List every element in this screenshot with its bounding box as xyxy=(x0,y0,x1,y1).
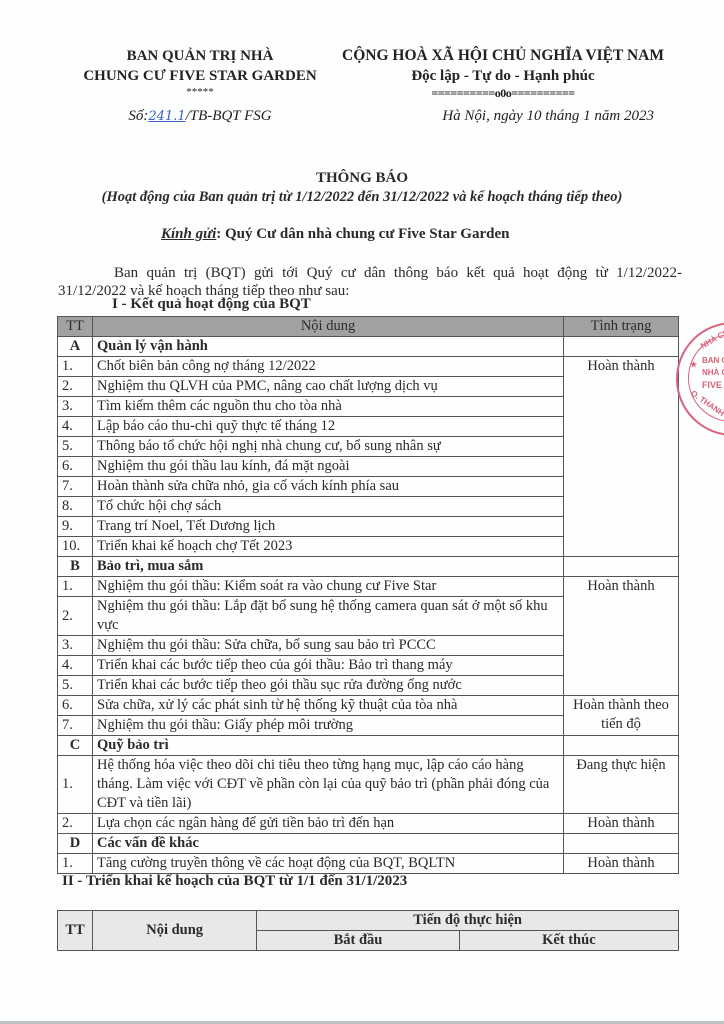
item-number: 10. xyxy=(58,537,93,557)
item-content: Tăng cường truyền thông về các hoạt động… xyxy=(93,854,564,874)
item-content: Nghiệm thu gói thầu lau kính, đá mặt ngo… xyxy=(93,457,564,477)
item-content: Tìm kiếm thêm các nguồn thu cho tòa nhà xyxy=(93,397,564,417)
document-title: THÔNG BÁO xyxy=(0,170,724,187)
item-number: 7. xyxy=(58,477,93,497)
item-number: 2. xyxy=(58,597,93,636)
item-content: Triển khai kế hoạch chợ Tết 2023 xyxy=(93,537,564,557)
category-row: DCác vấn đề khác xyxy=(58,834,679,854)
item-content: Triển khai các bước tiếp theo gói thầu s… xyxy=(93,676,564,696)
stars-divider: ***** xyxy=(60,86,340,98)
category-name: Các vấn đề khác xyxy=(93,834,564,854)
status-cell: Hoàn thành xyxy=(564,854,679,874)
status-cell: Đang thực hiện xyxy=(564,756,679,814)
category-status xyxy=(564,557,679,577)
item-number: 1. xyxy=(58,756,93,814)
place-date: Hà Nội, ngày 10 tháng 1 năm 2023 xyxy=(328,106,678,126)
section2-heading: II - Triển khai kế hoạch của BQT từ 1/1 … xyxy=(62,873,407,890)
item-content: Sửa chữa, xử lý các phát sinh từ hệ thốn… xyxy=(93,696,564,716)
item-number: 4. xyxy=(58,417,93,437)
header-end: Kết thúc xyxy=(459,931,678,951)
category-row: CQuỹ bảo trì xyxy=(58,736,679,756)
item-content: Lập báo cáo thu-chi quỹ thực tế tháng 12 xyxy=(93,417,564,437)
item-content: Nghiệm thu QLVH của PMC, nâng cao chất l… xyxy=(93,377,564,397)
category-code: C xyxy=(58,736,93,756)
document-subtitle: (Hoạt động của Ban quản trị từ 1/12/2022… xyxy=(0,189,724,206)
handwritten-number: 241.1 xyxy=(148,109,185,124)
item-number: 5. xyxy=(58,437,93,457)
item-number: 8. xyxy=(58,497,93,517)
table-row: 1.Nghiệm thu gói thầu: Kiểm soát ra vào … xyxy=(58,577,679,597)
item-number: 9. xyxy=(58,517,93,537)
header-progress: Tiến độ thực hiện xyxy=(257,911,679,931)
category-status xyxy=(564,736,679,756)
item-content: Thông báo tổ chức hội nghị nhà chung cư,… xyxy=(93,437,564,457)
category-name: Quản lý vận hành xyxy=(93,337,564,357)
item-number: 1. xyxy=(58,854,93,874)
item-number: 3. xyxy=(58,397,93,417)
status-cell: Hoàn thành xyxy=(564,357,679,557)
item-content: Nghiệm thu gói thầu: Giấy phép môi trườn… xyxy=(93,716,564,736)
category-code: A xyxy=(58,337,93,357)
org-name-line2: CHUNG CƯ FIVE STAR GARDEN xyxy=(60,66,340,86)
org-name-line1: BAN QUẢN TRỊ NHÀ xyxy=(60,46,340,66)
category-row: BBảo trì, mua sắm xyxy=(58,557,679,577)
table-row: 1.Chốt biên bản công nợ tháng 12/2022Hoà… xyxy=(58,357,679,377)
item-number: 7. xyxy=(58,716,93,736)
category-code: B xyxy=(58,557,93,577)
item-content: Nghiệm thu gói thầu: Sửa chữa, bổ sung s… xyxy=(93,636,564,656)
issuing-organization: BAN QUẢN TRỊ NHÀ CHUNG CƯ FIVE STAR GARD… xyxy=(60,46,340,127)
national-header: CỘNG HOÀ XÃ HỘI CHỦ NGHĨA VIỆT NAM Độc l… xyxy=(328,46,678,126)
table-row: 6.Sửa chữa, xử lý các phát sinh từ hệ th… xyxy=(58,696,679,716)
recipient: Kính gửi: Quý Cư dân nhà chung cư Five S… xyxy=(161,226,509,243)
item-number: 5. xyxy=(58,676,93,696)
results-table: TT Nội dung Tình trạng AQuản lý vận hành… xyxy=(57,316,679,874)
national-motto: Độc lập - Tự do - Hạnh phúc xyxy=(328,66,678,86)
item-number: 4. xyxy=(58,656,93,676)
category-row: AQuản lý vận hành xyxy=(58,337,679,357)
item-content: Trang trí Noel, Tết Dương lịch xyxy=(93,517,564,537)
item-content: Lựa chọn các ngân hàng để gửi tiền bảo t… xyxy=(93,814,564,834)
recipient-label: Kính gửi xyxy=(161,226,216,242)
category-status xyxy=(564,834,679,854)
table-header-row: TT Nội dung Tiến độ thực hiện xyxy=(58,911,679,931)
item-content: Nghiệm thu gói thầu: Kiểm soát ra vào ch… xyxy=(93,577,564,597)
item-number: 3. xyxy=(58,636,93,656)
item-number: 1. xyxy=(58,577,93,597)
star-icon: ★ xyxy=(690,360,697,369)
header-tt: TT xyxy=(58,911,93,951)
category-name: Quỹ bảo trì xyxy=(93,736,564,756)
intro-paragraph: Ban quản trị (BQT) gửi tới Quý cư dân th… xyxy=(82,264,682,300)
document-number: Số:241.1/TB-BQT FSG xyxy=(60,106,340,127)
table-header-row: TT Nội dung Tình trạng xyxy=(58,317,679,337)
item-content: Triển khai các bước tiếp theo của gói th… xyxy=(93,656,564,676)
status-cell: Hoàn thành theo tiến độ xyxy=(564,696,679,736)
table-row: 2.Lựa chọn các ngân hàng để gửi tiền bảo… xyxy=(58,814,679,834)
item-number: 2. xyxy=(58,377,93,397)
item-number: 1. xyxy=(58,357,93,377)
recipient-text: : Quý Cư dân nhà chung cư Five Star Gard… xyxy=(216,226,509,242)
status-cell: Hoàn thành xyxy=(564,814,679,834)
item-number: 6. xyxy=(58,696,93,716)
official-stamp: NHÀ CHUNG ★ BAN QUẢN TRỊ NHÀ CHUNG CƯ FI… xyxy=(676,322,724,436)
status-cell: Hoàn thành xyxy=(564,577,679,696)
category-status xyxy=(564,337,679,357)
item-number: 6. xyxy=(58,457,93,477)
separator: ==========o0o========== xyxy=(328,86,678,100)
item-content: Hoàn thành sửa chữa nhỏ, gia cố vách kín… xyxy=(93,477,564,497)
nation-name: CỘNG HOÀ XÃ HỘI CHỦ NGHĨA VIỆT NAM xyxy=(328,46,678,66)
plan-table: TT Nội dung Tiến độ thực hiện Bắt đầu Kế… xyxy=(57,910,679,951)
table-row: 1.Tăng cường truyền thông về các hoạt độ… xyxy=(58,854,679,874)
item-content: Hệ thống hóa việc theo dõi chi tiêu theo… xyxy=(93,756,564,814)
table-row: 1.Hệ thống hóa việc theo dõi chi tiêu th… xyxy=(58,756,679,814)
header-content: Nội dung xyxy=(93,317,564,337)
category-name: Bảo trì, mua sắm xyxy=(93,557,564,577)
header-status: Tình trạng xyxy=(564,317,679,337)
header-tt: TT xyxy=(58,317,93,337)
header-content: Nội dung xyxy=(93,911,257,951)
header-start: Bắt đầu xyxy=(257,931,459,951)
item-content: Nghiệm thu gói thầu: Lắp đặt bổ sung hệ … xyxy=(93,597,564,636)
category-code: D xyxy=(58,834,93,854)
item-content: Chốt biên bản công nợ tháng 12/2022 xyxy=(93,357,564,377)
item-content: Tổ chức hội chợ sách xyxy=(93,497,564,517)
section1-heading: I - Kết quả hoạt động của BQT xyxy=(112,296,311,313)
item-number: 2. xyxy=(58,814,93,834)
